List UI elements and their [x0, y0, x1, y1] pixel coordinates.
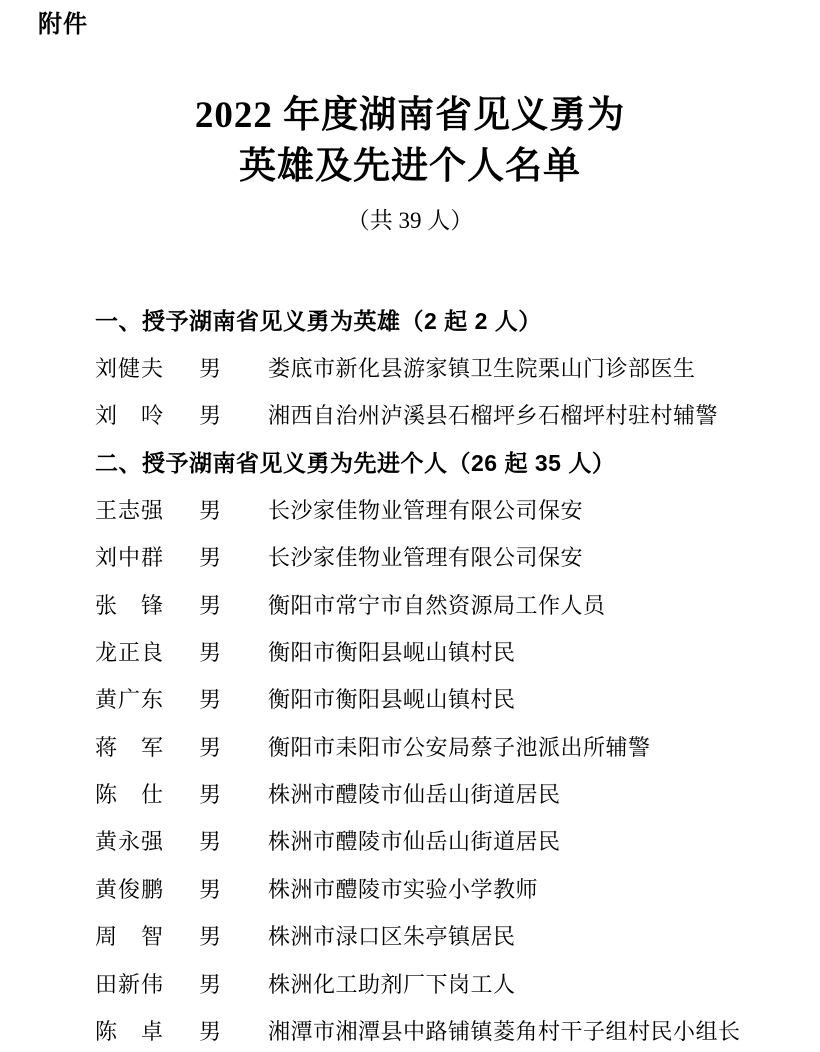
person-gender: 男 — [199, 825, 221, 856]
person-description: 株洲市醴陵市仙岳山街道居民 — [268, 825, 561, 856]
person-gender: 男 — [199, 683, 221, 714]
person-gender: 男 — [199, 352, 221, 383]
list-item: 黄永强 男 株洲市醴陵市仙岳山街道居民 — [95, 817, 790, 864]
person-description: 衡阳市常宁市自然资源局工作人员 — [268, 589, 606, 620]
list-item: 刘中群 男 长沙家佳物业管理有限公司保安 — [95, 533, 790, 580]
page-title-line-2: 英雄及先进个人名单 — [0, 141, 820, 192]
person-description: 长沙家佳物业管理有限公司保安 — [268, 494, 583, 525]
person-name: 刘中群 — [95, 541, 163, 572]
person-gender: 男 — [199, 920, 221, 951]
person-description: 湘潭市湘潭县中路铺镇菱角村干子组村民小组长 — [268, 1015, 741, 1046]
person-gender: 男 — [199, 541, 221, 572]
person-name: 刘呤 — [95, 399, 163, 430]
person-description: 株洲市渌口区朱亭镇居民 — [268, 920, 516, 951]
person-name: 陈仕 — [95, 778, 163, 809]
person-name: 陈卓 — [95, 1015, 163, 1046]
person-description: 衡阳市衡阳县岘山镇村民 — [268, 636, 516, 667]
attachment-label: 附件 — [38, 8, 88, 42]
list-item: 周智 男 株洲市渌口区朱亭镇居民 — [95, 912, 790, 959]
person-name: 黄俊鹏 — [95, 873, 163, 904]
person-name: 张锋 — [95, 589, 163, 620]
person-gender: 男 — [199, 778, 221, 809]
person-description: 衡阳市衡阳县岘山镇村民 — [268, 683, 516, 714]
person-description: 衡阳市耒阳市公安局蔡子池派出所辅警 — [268, 731, 651, 762]
person-description: 娄底市新化县游家镇卫生院栗山门诊部医生 — [268, 352, 696, 383]
person-gender: 男 — [199, 494, 221, 525]
person-name: 田新伟 — [95, 968, 163, 999]
person-name: 黄永强 — [95, 825, 163, 856]
page-title-line-1: 2022 年度湖南省见义勇为 — [0, 90, 820, 141]
page-title: 2022 年度湖南省见义勇为 英雄及先进个人名单 — [0, 90, 820, 192]
person-gender: 男 — [199, 636, 221, 667]
person-name: 黄广东 — [95, 683, 163, 714]
person-gender: 男 — [199, 968, 221, 999]
list-item: 刘呤 男 湘西自治州泸溪县石榴坪乡石榴坪村驻村辅警 — [95, 391, 790, 438]
award-list: 一、授予湖南省见义勇为英雄（2 起 2 人） 刘健夫 男 娄底市新化县游家镇卫生… — [95, 296, 790, 1052]
person-name: 王志强 — [95, 494, 163, 525]
person-description: 株洲市醴陵市实验小学教师 — [268, 873, 538, 904]
person-name: 刘健夫 — [95, 352, 163, 383]
person-gender: 男 — [199, 589, 221, 620]
list-item: 黄俊鹏 男 株洲市醴陵市实验小学教师 — [95, 865, 790, 912]
person-name: 蒋军 — [95, 731, 163, 762]
section-heading-advanced-individuals: 二、授予湖南省见义勇为先进个人（26 起 35 人） — [95, 438, 790, 485]
section-heading-heroes: 一、授予湖南省见义勇为英雄（2 起 2 人） — [95, 296, 790, 343]
person-name: 周智 — [95, 920, 163, 951]
person-name: 龙正良 — [95, 636, 163, 667]
person-gender: 男 — [199, 731, 221, 762]
list-item: 龙正良 男 衡阳市衡阳县岘山镇村民 — [95, 628, 790, 675]
list-item: 刘健夫 男 娄底市新化县游家镇卫生院栗山门诊部医生 — [95, 343, 790, 390]
list-item: 陈仕 男 株洲市醴陵市仙岳山街道居民 — [95, 770, 790, 817]
person-description: 长沙家佳物业管理有限公司保安 — [268, 541, 583, 572]
person-gender: 男 — [199, 1015, 221, 1046]
person-description: 株洲化工助剂厂下岗工人 — [268, 968, 516, 999]
person-description: 株洲市醴陵市仙岳山街道居民 — [268, 778, 561, 809]
person-gender: 男 — [199, 873, 221, 904]
people-count-subtitle: （共 39 人） — [0, 206, 820, 236]
section-heading-label: 一、授予湖南省见义勇为英雄（2 起 2 人） — [95, 303, 542, 336]
list-item: 陈卓 男 湘潭市湘潭县中路铺镇菱角村干子组村民小组长 — [95, 1007, 790, 1052]
list-item: 田新伟 男 株洲化工助剂厂下岗工人 — [95, 959, 790, 1006]
list-item: 张锋 男 衡阳市常宁市自然资源局工作人员 — [95, 580, 790, 627]
person-gender: 男 — [199, 399, 221, 430]
list-item: 黄广东 男 衡阳市衡阳县岘山镇村民 — [95, 675, 790, 722]
person-description: 湘西自治州泸溪县石榴坪乡石榴坪村驻村辅警 — [268, 399, 718, 430]
list-item: 蒋军 男 衡阳市耒阳市公安局蔡子池派出所辅警 — [95, 723, 790, 770]
section-heading-label: 二、授予湖南省见义勇为先进个人（26 起 35 人） — [95, 445, 615, 478]
list-item: 王志强 男 长沙家佳物业管理有限公司保安 — [95, 486, 790, 533]
